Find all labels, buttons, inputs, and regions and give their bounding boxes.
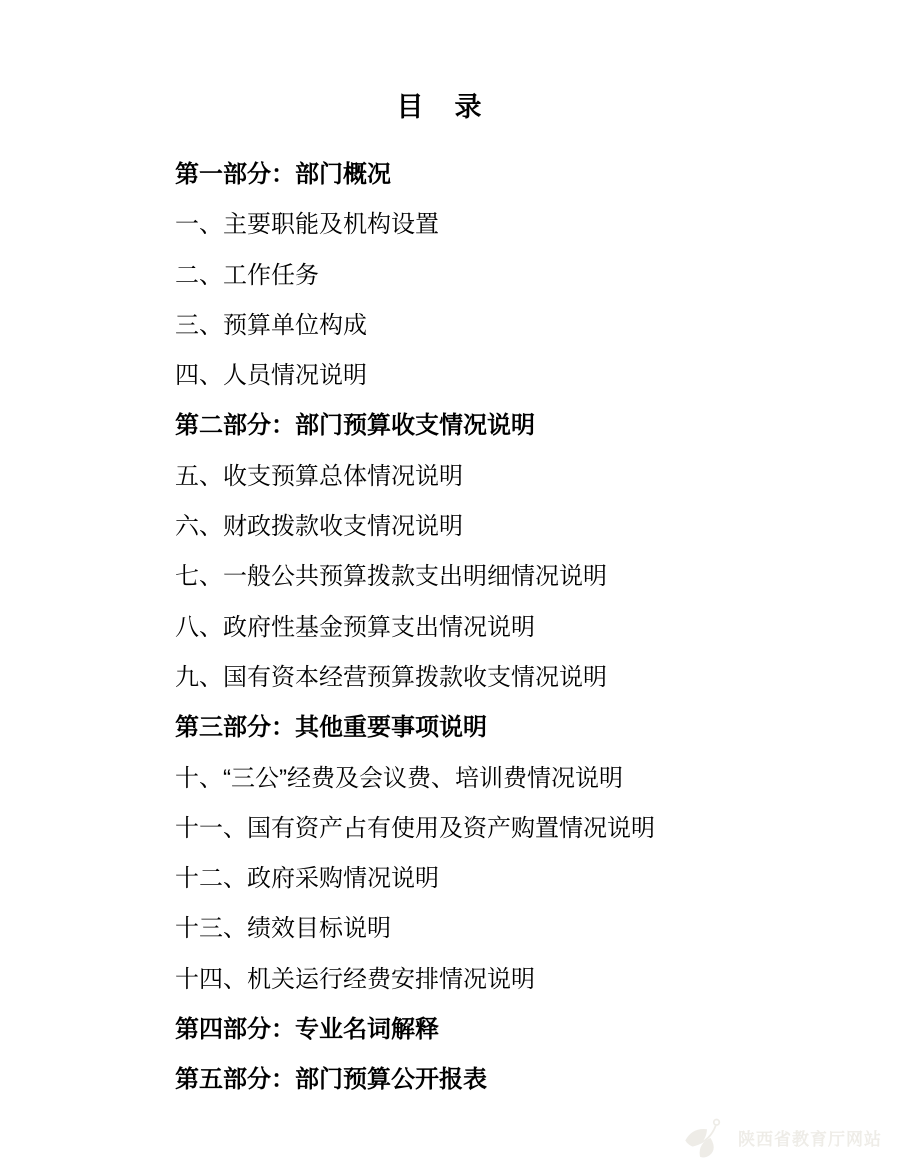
toc-item: 十、“三公”经费及会议费、培训费情况说明: [175, 754, 705, 804]
watermark-text: 陕西省教育厅网站: [738, 1125, 882, 1150]
toc-item: 八、政府性基金预算支出情况说明: [175, 603, 705, 653]
page-title: 目 录: [175, 92, 705, 122]
toc-page: 目 录 第一部分：部门概况一、主要职能及机构设置二、工作任务三、预算单位构成四、…: [0, 0, 900, 1164]
toc-section-heading: 第四部分：专业名词解释: [175, 1005, 705, 1055]
toc-item: 二、工作任务: [175, 251, 705, 301]
toc-item: 七、一般公共预算拨款支出明细情况说明: [175, 552, 705, 602]
seedling-leaf-icon: [681, 1114, 733, 1160]
toc-item: 十三、绩效目标说明: [175, 904, 705, 954]
toc-item: 九、国有资本经营预算拨款收支情况说明: [175, 653, 705, 703]
toc-item: 十二、政府采购情况说明: [175, 854, 705, 904]
toc-item: 五、收支预算总体情况说明: [175, 452, 705, 502]
toc-item: 三、预算单位构成: [175, 301, 705, 351]
toc-item: 六、财政拨款收支情况说明: [175, 502, 705, 552]
site-watermark: 陕西省教育厅网站: [681, 1114, 882, 1160]
toc-section-heading: 第二部分：部门预算收支情况说明: [175, 401, 705, 451]
toc-section-heading: 第五部分：部门预算公开报表: [175, 1055, 705, 1105]
toc-item: 十一、国有资产占有使用及资产购置情况说明: [175, 804, 705, 854]
toc-item: 十四、机关运行经费安排情况说明: [175, 955, 705, 1005]
toc-section-heading: 第一部分：部门概况: [175, 150, 705, 200]
toc-item: 一、主要职能及机构设置: [175, 200, 705, 250]
toc-item: 四、人员情况说明: [175, 351, 705, 401]
toc-section-heading: 第三部分：其他重要事项说明: [175, 703, 705, 753]
toc-list: 第一部分：部门概况一、主要职能及机构设置二、工作任务三、预算单位构成四、人员情况…: [175, 150, 705, 1106]
